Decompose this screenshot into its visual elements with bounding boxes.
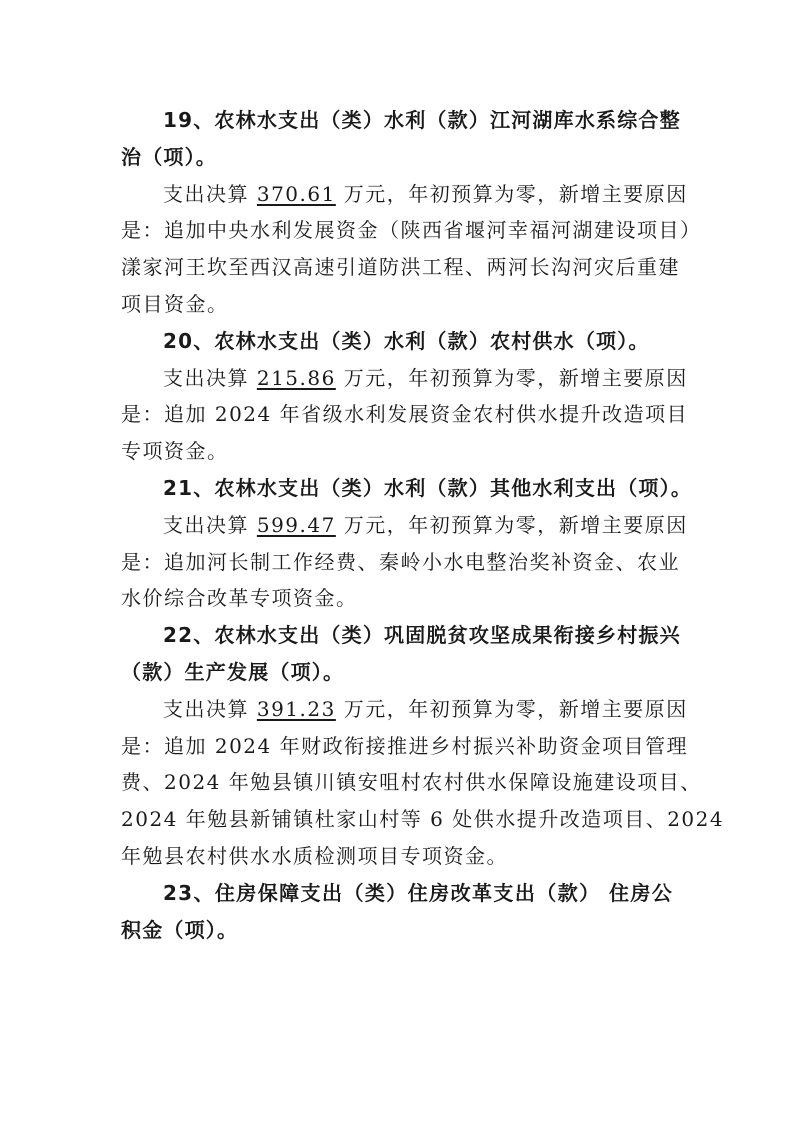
body-prefix: 支出决算 — [163, 513, 249, 537]
body-line: 专项资金。 — [121, 433, 673, 470]
section-23: 23、住房保障支出（类）住房改革支出（款） 住房公 积金（项）。 — [121, 875, 673, 949]
body-first-line: 支出决算 391.23 万元，年初预算为零，新增主要原因 — [121, 691, 673, 728]
body-line: 年勉县农村供水水质检测项目专项资金。 — [121, 838, 673, 875]
section-heading: 21、农林水支出（类）水利（款）其他水利支出（项）。 — [121, 470, 673, 507]
body-line: 2024 年勉县新铺镇杜家山村等 6 处供水提升改造项目、2024 — [121, 801, 673, 838]
section-heading: 19、农林水支出（类）水利（款）江河湖库水系综合整 — [121, 102, 673, 139]
body-first-line: 支出决算 215.86 万元，年初预算为零，新增主要原因 — [121, 360, 673, 397]
body-suffix: 万元，年初预算为零，新增主要原因 — [344, 513, 688, 537]
body-first-line: 支出决算 599.47 万元，年初预算为零，新增主要原因 — [121, 507, 673, 544]
amount-value: 391.23 — [257, 697, 336, 721]
section-21: 21、农林水支出（类）水利（款）其他水利支出（项）。 支出决算 599.47 万… — [121, 470, 673, 617]
body-line: 是：追加 2024 年省级水利发展资金农村供水提升改造项目 — [121, 396, 673, 433]
body-suffix: 万元，年初预算为零，新增主要原因 — [344, 697, 688, 721]
body-prefix: 支出决算 — [163, 697, 249, 721]
section-22: 22、农林水支出（类）巩固脱贫攻坚成果衔接乡村振兴 （款）生产发展（项）。 支出… — [121, 617, 673, 875]
amount-value: 370.61 — [257, 182, 336, 206]
section-heading-cont: （款）生产发展（项）。 — [121, 654, 673, 691]
body-line: 项目资金。 — [121, 286, 673, 323]
body-line: 漾家河王坎至西汉高速引道防洪工程、两河长沟河灾后重建 — [121, 249, 673, 286]
body-first-line: 支出决算 370.61 万元，年初预算为零，新增主要原因 — [121, 176, 673, 213]
body-line: 是：追加 2024 年财政衔接推进乡村振兴补助资金项目管理 — [121, 728, 673, 765]
body-prefix: 支出决算 — [163, 182, 249, 206]
body-line: 水价综合改革专项资金。 — [121, 580, 673, 617]
section-heading: 22、农林水支出（类）巩固脱贫攻坚成果衔接乡村振兴 — [121, 617, 673, 654]
section-heading-cont: 积金（项）。 — [121, 912, 673, 949]
section-heading-cont: 治（项）。 — [121, 139, 673, 176]
body-suffix: 万元，年初预算为零，新增主要原因 — [344, 182, 688, 206]
section-20: 20、农林水支出（类）水利（款）农村供水（项）。 支出决算 215.86 万元，… — [121, 323, 673, 470]
body-line: 费、2024 年勉县镇川镇安咀村农村供水保障设施建设项目、 — [121, 764, 673, 801]
section-19: 19、农林水支出（类）水利（款）江河湖库水系综合整 治（项）。 支出决算 370… — [121, 102, 673, 323]
amount-value: 599.47 — [257, 513, 336, 537]
body-suffix: 万元，年初预算为零，新增主要原因 — [344, 366, 688, 390]
amount-value: 215.86 — [257, 366, 336, 390]
section-heading: 20、农林水支出（类）水利（款）农村供水（项）。 — [121, 323, 673, 360]
document-page: 19、农林水支出（类）水利（款）江河湖库水系综合整 治（项）。 支出决算 370… — [121, 102, 673, 948]
body-prefix: 支出决算 — [163, 366, 249, 390]
body-line: 是：追加中央水利发展资金（陕西省堰河幸福河湖建设项目） — [121, 212, 673, 249]
section-heading: 23、住房保障支出（类）住房改革支出（款） 住房公 — [121, 875, 673, 912]
body-line: 是：追加河长制工作经费、秦岭小水电整治奖补资金、农业 — [121, 544, 673, 581]
